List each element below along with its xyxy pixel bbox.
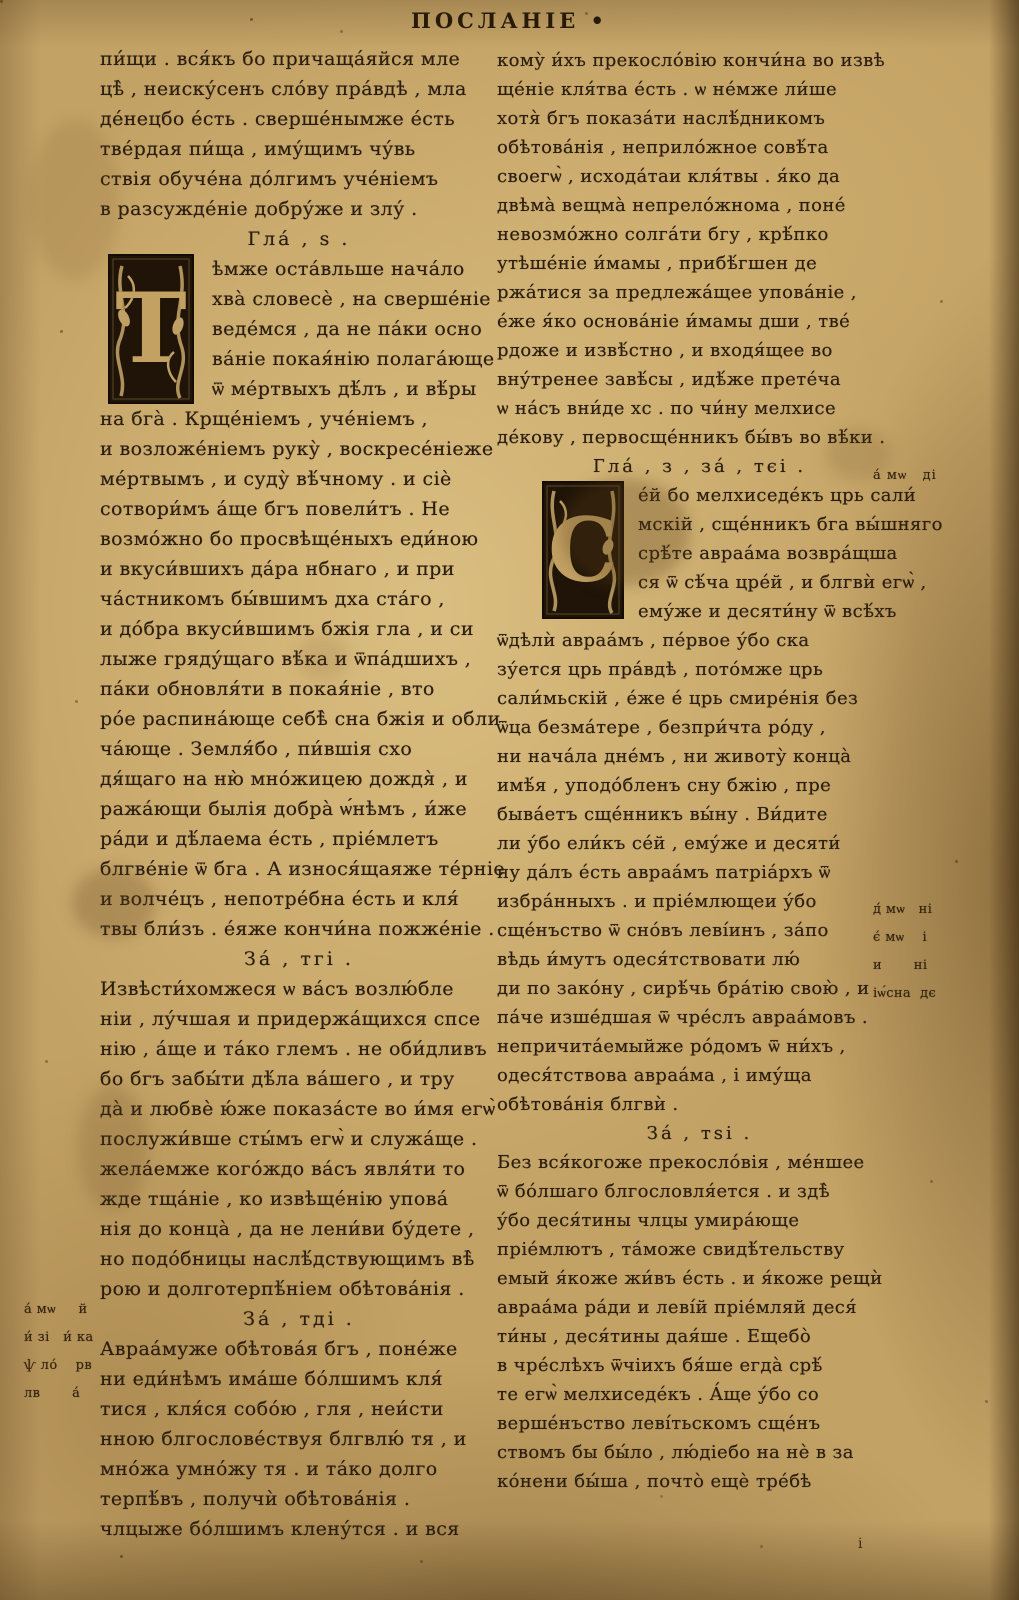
text-line: ѿдѣлѝ авраа́мъ , пе́рвое у́бо ска	[497, 626, 902, 655]
text-line: рдоже и извѣ́стно , и входя́щее во	[497, 336, 902, 365]
text-line: веде́мся , да не па́ки осно	[212, 314, 498, 344]
text-line: зу́ется црь пра́вдѣ , пото́мже црь	[497, 655, 902, 684]
paragraph-heb5: пи́щи . вся́къ бо причаща́яйся млецѣ̀ , …	[100, 44, 498, 224]
text-line: пріе́млютъ , та́може свидѣ́тельству	[497, 1235, 902, 1264]
text-line: пи́щи . вся́къ бо причаща́яйся мле	[100, 44, 498, 74]
text-line: терпѣ́въ , получѝ обѣтова́нія .	[100, 1484, 498, 1514]
text-line: де́кову , первосще́нникъ бы́въ во вѣ́ки …	[497, 423, 902, 452]
text-line: емый я́коже жи́въ е́сть . и я́коже рещѝ	[497, 1264, 902, 1293]
chapter-heading-7: Гла́ , з , за́ , тєі .	[497, 452, 902, 481]
text-line: жде тща́ніе , ко извѣще́нію упова́	[100, 1184, 498, 1214]
text-line: ще́ніе кля́тва е́сть . ѡ не́мже ли́ше	[497, 75, 902, 104]
text-line: цѣ̀ , неиску́сенъ сло́ву пра́вдѣ , мла	[100, 74, 498, 104]
paragraph-heb7: ѿдѣлѝ авраа́мъ , пе́рвое у́бо сказу́ется…	[497, 626, 902, 1119]
text-line: ча́стникомъ бы́вшимъ дха ста́го ,	[100, 584, 498, 614]
text-line: тве́рдая пи́ща , иму́щимъ чу́вь	[100, 134, 498, 164]
text-line: бо бгъ забы́ти дѣ́ла ва́шего , и тру	[100, 1064, 498, 1094]
marginal-note-right-gen14: а́ мѡ ді	[873, 462, 937, 490]
text-line: дя́щаго на ню̀ мно́жицею дождя̀ , и	[100, 764, 498, 794]
text-line: и ні	[873, 952, 936, 980]
text-line: вѣдь и́мутъ одеся́тствовати лю́	[497, 945, 902, 974]
text-line: имѣ́я , уподо́бленъ сну бжію , пре	[497, 771, 902, 800]
text-line: члцыже бо́лшимъ клену́тся . и вся	[100, 1514, 498, 1544]
text-line: де́нецбо е́сть . сверше́нымже е́сть	[100, 104, 498, 134]
text-line: нію , а́ще и та́ко глемъ . не оби́дливъ	[100, 1034, 498, 1064]
text-line: лв а́	[24, 1380, 94, 1408]
text-line: своегѡ̀ , исхода́таи кля́твы . я́ко да	[497, 162, 902, 191]
text-line: в чре́слѣхъ ѿчіихъ бя́ше егда̀ срѣ́	[497, 1351, 902, 1380]
text-line: твы бли́зъ . е́яже кончи́на пожже́ніе .	[100, 914, 498, 944]
paragraph-heb6-wrap: ѣмже оста́вльше нача́лохва̀ словесѐ , на…	[212, 254, 498, 404]
text-line: нія до конца̀ , да не лени́ви бу́дете ,	[100, 1214, 498, 1244]
text-line: хва̀ словесѐ , на сверше́ніе	[212, 284, 498, 314]
text-line: ѿ бо́лшаго блгословля́ется . и здѣ̀	[497, 1177, 902, 1206]
paper-specks	[0, 0, 3, 3]
text-line: и вкуси́вшихъ да́ра нбнаго , и при	[100, 554, 498, 584]
text-line: и возложе́ніемъ руку̀ , воскресе́ніеже	[100, 434, 498, 464]
text-line: ти́ны , деся́тины дая́ше . Ещебо̀	[497, 1322, 902, 1351]
text-line: ража́ющи былія добра̀ ѡ́нѣмъ , и́же	[100, 794, 498, 824]
text-line: сали́мьскій , е́же е́ црь смире́нія без	[497, 684, 902, 713]
text-line: д́ мѡ ні	[873, 896, 936, 924]
marginal-note-right-refs: д́ мѡ ніє́ мѡ іи нііѡ́сна дє	[873, 896, 936, 1008]
text-line: ѡ на́съ вни́де хс . по чи́ну мелхисе	[497, 394, 902, 423]
text-line: хотя̀ бгъ показа́ти наслѣ́дникомъ	[497, 104, 902, 133]
text-line: утѣше́ніе и́мамы , прибѣ́гшен де	[497, 249, 902, 278]
text-line: ѿца безма́тере , безпри́чта ро́ду ,	[497, 713, 902, 742]
text-line: рою и долготерпѣ́ніем обѣтова́нія .	[100, 1274, 498, 1304]
drop-cap-section: Т ѣмже оста́вльше нача́лохва̀ словесѐ , …	[108, 254, 498, 404]
text-line: да̀ и любвѐ ю́же показа́сте во и́мя егѡ̀	[100, 1094, 498, 1124]
text-line: непричита́емыйже ро́домъ ѿ ни́хъ ,	[497, 1032, 902, 1061]
text-line: іѡ́сна дє	[873, 980, 936, 1008]
left-column: пи́щи . вся́къ бо причаща́яйся млецѣ̀ , …	[100, 44, 498, 1544]
text-line: ко́нени бы́ша , почто̀ ещѐ тре́бѣ	[497, 1467, 902, 1496]
text-line: а́ мѡ й	[24, 1296, 94, 1324]
text-line: в разсужде́ніе добру́же и злу́ .	[100, 194, 498, 224]
drop-cap-letter: С	[542, 481, 624, 619]
drop-cap-section: С е́й бо мелхиседе́къ црь сали́мскій , с…	[542, 481, 902, 626]
paragraph-heb6-cont: кому̀ и́хъ прекосло́вію кончи́на во извѣ…	[497, 46, 902, 452]
text-line: ѣмже оста́вльше нача́ло	[212, 254, 498, 284]
text-line: є́ мѡ і	[873, 924, 936, 952]
text-line: ржа́тися за предлежа́щее упова́ніе ,	[497, 278, 902, 307]
text-line: ніи , лу́чшая и придержа́щихся спсе	[100, 1004, 498, 1034]
chapter-heading-6: Гла́ , ѕ .	[100, 224, 498, 254]
text-line: Без вся́когоже прекосло́вія , ме́ншее	[497, 1148, 902, 1177]
right-column: кому̀ и́хъ прекосло́вію кончи́на во извѣ…	[497, 46, 902, 1496]
paragraph-heb6: на бга̀ . Крще́ніемъ , уче́ніемъ ,и возл…	[100, 404, 498, 944]
text-line: Авраа́муже обѣтова́я бгъ , поне́же	[100, 1334, 498, 1364]
paragraph-lection-316: Без вся́когоже прекосло́вія , ме́ншееѿ б…	[497, 1148, 902, 1496]
text-line: мскій , сще́нникъ бга вы́шняго	[638, 510, 943, 539]
text-line: на бга̀ . Крще́ніемъ , уче́ніемъ ,	[100, 404, 498, 434]
text-line: ну да́лъ е́сть авраа́мъ патріа́рхъ ѿ	[497, 858, 902, 887]
text-line: Извѣсти́хомжеся ѡ ва́съ возлю́бле	[100, 974, 498, 1004]
paragraph-lection-313: Извѣсти́хомжеся ѡ ва́съ возлю́бленіи , л…	[100, 974, 498, 1304]
text-line: нною блгослове́ствуя блгвлю́ тя , и	[100, 1424, 498, 1454]
woodcut-initial-S: С	[542, 481, 624, 619]
text-line: и́ зі и́ ка	[24, 1324, 94, 1352]
text-line: вну́тренее завѣ́сы , идѣ́же прете́ча	[497, 365, 902, 394]
text-line: тися , кля́ся собо́ю , гля , неи́сти	[100, 1394, 498, 1424]
running-header: ПОСЛАНІЕ •	[0, 8, 1019, 33]
marginal-note-left: а́ мѡ йи́ зі и́ каѱ ло́ рвлв а́	[24, 1296, 94, 1408]
text-line: ни нача́ла дне́мъ , ни животу̀ конца̀	[497, 742, 902, 771]
text-line: возмо́жно бо просвѣще́ныхъ еди́ною	[100, 524, 498, 554]
text-line: ся ѿ сѣ́ча цре́й , и блгвѝ егѡ̀ ,	[638, 568, 943, 597]
text-line: ро́е распина́юще себѣ̀ сна бжія и обли	[100, 704, 498, 734]
text-line: те егѡ̀ мелхиседе́къ . А́ще у́бо со	[497, 1380, 902, 1409]
text-line: и волче́цъ , непотре́бна е́сть и кля́	[100, 884, 498, 914]
text-line: обѣтова́нія , неприло́жное совѣ́та	[497, 133, 902, 162]
lection-heading-314: За́ , тді .	[100, 1304, 498, 1334]
text-line: ствія обуче́на до́лгимъ уче́ніемъ	[100, 164, 498, 194]
text-line: жела́емже кого́ждо ва́съ явля́ти то	[100, 1154, 498, 1184]
paragraph-lection-314: Авраа́муже обѣтова́я бгъ , поне́жени еди…	[100, 1334, 498, 1544]
text-line: срѣ́те авраа́ма возвра́щша	[638, 539, 943, 568]
text-line: сще́нъство ѿ сно́въ леві́инъ , за́по	[497, 916, 902, 945]
text-line: па́ки обновля́ти в покая́ніе , вто	[100, 674, 498, 704]
text-line: авраа́ма ра́ди и леві́й пріе́мляй деся́	[497, 1293, 902, 1322]
text-line: обѣтова́нія блгвѝ .	[497, 1090, 902, 1119]
lection-heading-313: За́ , тгі .	[100, 944, 498, 974]
text-line: невозмо́жно солга́ти бгу , крѣ́пко	[497, 220, 902, 249]
text-line: е́же я́ко основа́ніе и́мамы дши , тве́	[497, 307, 902, 336]
text-line: ва́ніе покая́нію полага́юще	[212, 344, 498, 374]
text-line: верше́нъство леві́тьскомъ сще́нъ	[497, 1409, 902, 1438]
text-line: ему́же и десяти́ну ѿ всѣ́хъ	[638, 597, 943, 626]
text-line: одеся́тствова авраа́ма , і иму́ща	[497, 1061, 902, 1090]
text-line: ра́ди и дѣ́лаема е́сть , пріе́млетъ	[100, 824, 498, 854]
text-line: и до́бра вкуси́вшимъ бжія гла , и си	[100, 614, 498, 644]
text-line: быва́етъ сще́нникъ вы́ну . Ви́дите	[497, 800, 902, 829]
text-line: но подо́бницы наслѣ́дствующимъ вѣ̀	[100, 1244, 498, 1274]
text-line: ѱ ло́ рв	[24, 1352, 94, 1380]
text-line: двѣма̀ вещма̀ непрело́жнома , поне́	[497, 191, 902, 220]
text-line: мно́жа умно́жу тя . и та́ко долго	[100, 1454, 498, 1484]
woodcut-initial-T: Т	[108, 254, 194, 404]
text-line: ни еди́нѣмъ има́ше бо́лшимъ кля́	[100, 1364, 498, 1394]
book-page-scan: ПОСЛАНІЕ • пи́щи . вся́къ бо причаща́яйс…	[0, 0, 1019, 1600]
text-line: па́че изше́дшая ѿ чре́слъ авраа́мовъ .	[497, 1003, 902, 1032]
text-line: у́бо деся́тины члцы умира́юще	[497, 1206, 902, 1235]
lection-heading-316: За́ , тѕі .	[497, 1119, 902, 1148]
text-line: сотвори́мъ а́ще бгъ повели́тъ . Не	[100, 494, 498, 524]
text-line: кому̀ и́хъ прекосло́вію кончи́на во извѣ	[497, 46, 902, 75]
text-line: блгве́ніе ѿ бга . А износя́щаяже те́рніе	[100, 854, 498, 884]
text-line: ме́ртвымъ , и суду̀ вѣ́чному . и сіѐ	[100, 464, 498, 494]
text-line: послужи́вше сты́мъ егѡ̀ и служа́ще .	[100, 1124, 498, 1154]
quire-signature-mark: і	[858, 1536, 862, 1552]
text-line: ли у́бо ели́къ се́й , ему́же и десяти́	[497, 829, 902, 858]
text-line: лыже гряду́щаго вѣ́ка и ѿпа́дшихъ ,	[100, 644, 498, 674]
drop-cap-letter: Т	[108, 254, 194, 404]
text-line: избра́нныхъ . и пріе́млющеи у́бо	[497, 887, 902, 916]
text-line: ствомъ бы бы́ло , лю́діебо на нѐ в за	[497, 1438, 902, 1467]
text-line: ча́юще . Земля́бо , пи́вшія схо	[100, 734, 498, 764]
paragraph-heb7-wrap: е́й бо мелхиседе́къ црь сали́мскій , сще…	[638, 481, 943, 626]
text-line: ѿ ме́ртвыхъ дѣ́лъ , и вѣ́ры	[212, 374, 498, 404]
text-line: ди по зако́ну , сирѣ́чь бра́тію свою̀ , …	[497, 974, 902, 1003]
